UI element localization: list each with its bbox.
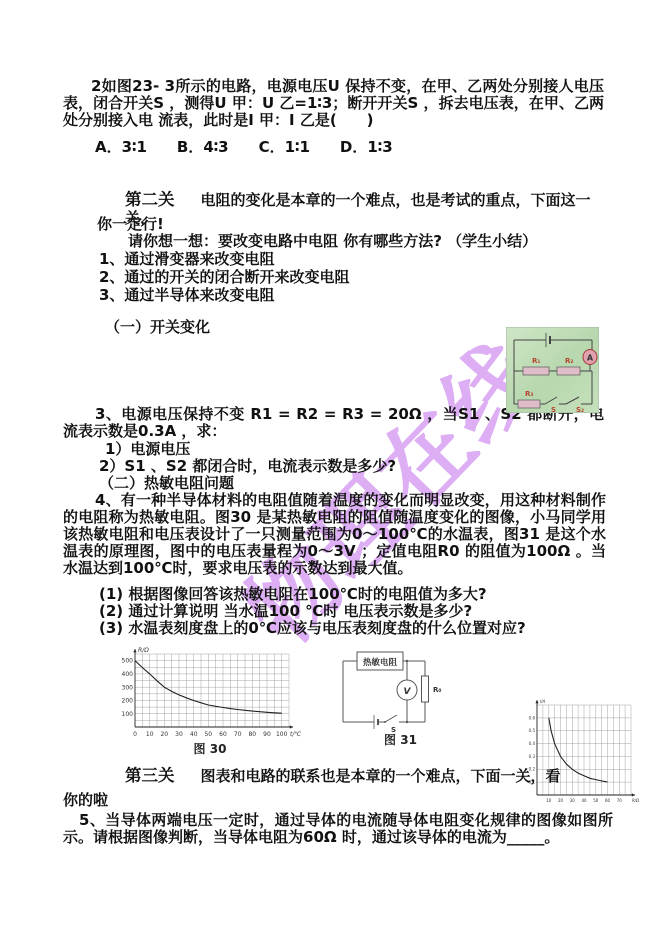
section2-think: 请你想一想：要改变电路中电阻 你有哪些方法? （学生小结）	[128, 233, 537, 250]
s-label: S	[551, 406, 556, 413]
question-3-part-1: 1）电源电压	[105, 441, 190, 458]
section3-intro: 图表和电路的联系也是本章的一个难点，下面一关，看	[201, 767, 561, 785]
question-2-options: A．3∶1 B．4∶3 C．1∶1 D．1∶3	[95, 139, 393, 156]
section2-heading: 第二关电阻的变化是本章的一个难点，也是考试的重点，下面这一关，	[125, 191, 595, 227]
section3-title: 第三关	[125, 766, 175, 785]
svg-text:80: 80	[248, 731, 256, 738]
junction-dot	[406, 660, 408, 662]
subsection-2-title: （二）热敏电阻问题	[99, 475, 234, 492]
figure-31-caption: 图 31	[333, 731, 468, 748]
svg-text:50: 50	[204, 731, 212, 738]
voltmeter-label: V	[404, 687, 412, 697]
i-vs-r-figure: 102030405060700.10.20.30.40.50.6I/AR/Ω	[527, 697, 641, 813]
battery-icon	[371, 715, 385, 729]
svg-text:200: 200	[122, 698, 134, 705]
junction-dot	[384, 721, 386, 723]
r-vs-t-chart: 0102030405060708090100100200300400500R/Ω…	[115, 644, 305, 741]
svg-text:30: 30	[175, 731, 183, 738]
r1-label: R₁	[532, 357, 540, 365]
svg-text:0.4: 0.4	[529, 741, 536, 746]
method-item-2: 2、通过的开关的闭合断开来改变电阻	[99, 269, 349, 286]
svg-text:30: 30	[570, 798, 576, 803]
svg-text:40: 40	[190, 731, 198, 738]
svg-text:R/Ω: R/Ω	[632, 798, 640, 803]
svg-text:I/A: I/A	[540, 699, 546, 704]
svg-text:t/℃: t/℃	[290, 731, 301, 738]
thermistor-label: 热敏电阻	[363, 657, 398, 668]
section3-heading: 第三关图表和电路的联系也是本章的一个难点，下面一关，看	[125, 767, 595, 785]
question-5-text: 5、当导体两端电压一定时，通过导体的电流随导体电阻变化规律的图像如图所示。请根据…	[63, 812, 613, 846]
resistor-r1	[523, 367, 549, 375]
circuit-image-q3: A R₁ R₂ R₃ S S₂	[506, 327, 599, 417]
svg-text:100: 100	[122, 711, 134, 718]
section2-intro-cont: 你一定行!	[97, 216, 164, 233]
resistor-r0	[422, 676, 429, 702]
svg-text:20: 20	[160, 731, 168, 738]
svg-text:20: 20	[558, 798, 564, 803]
svg-text:70: 70	[617, 798, 623, 803]
section2-title: 第二关	[125, 190, 175, 209]
svg-text:60: 60	[605, 798, 611, 803]
s2-label: S₂	[576, 406, 584, 413]
resistor-r2	[557, 367, 580, 375]
figure-30-caption: 图 30	[115, 740, 305, 757]
r2-label: R₂	[565, 357, 573, 365]
svg-text:40: 40	[581, 798, 587, 803]
figure-31: 热敏电阻 V R₀ S	[333, 646, 468, 742]
svg-text:50: 50	[593, 798, 599, 803]
section3-intro-cont: 你的啦	[63, 792, 108, 809]
svg-text:10: 10	[546, 798, 552, 803]
thermistor-circuit-diagram: 热敏电阻 V R₀ S	[333, 646, 468, 738]
svg-text:0.5: 0.5	[529, 728, 536, 733]
svg-text:60: 60	[219, 731, 227, 738]
svg-text:0: 0	[133, 731, 137, 738]
ammeter-icon: A	[583, 350, 597, 365]
figure-30: 0102030405060708090100100200300400500R/Ω…	[115, 644, 305, 745]
question-4-text: 4、有一种半导体材料的电阻值随着温度的变化而明显改变，用这种材料制作的电阻称为热…	[63, 492, 606, 577]
svg-text:500: 500	[122, 658, 134, 665]
svg-text:10: 10	[146, 731, 154, 738]
worksheet-page: 物理在线 2如图23- 3所示的电路，电源电压U 保持不变，在甲、乙两处分别接人…	[0, 0, 661, 935]
r0-label: R₀	[433, 686, 441, 694]
svg-text:0.6: 0.6	[529, 715, 536, 720]
svg-text:R/Ω: R/Ω	[138, 647, 149, 654]
svg-text:0.3: 0.3	[529, 754, 536, 759]
svg-text:90: 90	[263, 731, 271, 738]
question-2-text: 2如图23- 3所示的电路，电源电压U 保持不变，在甲、乙两处分别接人电压表，闭…	[63, 78, 604, 129]
circuit-q3-diagram: A R₁ R₂ R₃ S S₂	[506, 327, 599, 413]
svg-text:100: 100	[276, 731, 288, 738]
question-4-part-3: (3) 水温表刻度盘上的0℃应该与电压表刻度盘的什么位置对应?	[99, 620, 526, 637]
switch-s-icon	[385, 715, 397, 722]
question-4-part-1: (1) 根据图像回答该热敏电阻在100℃时的电阻值为多大?	[99, 586, 487, 603]
i-vs-r-chart: 102030405060700.10.20.30.40.50.6I/AR/Ω	[527, 697, 641, 809]
resistor-r3	[518, 400, 540, 408]
method-item-1: 1、通过滑变器来改变电阻	[99, 251, 274, 268]
section2-intro: 电阻的变化是本章的一个难点，也是考试的重点，下面这一关，	[125, 191, 591, 227]
r3-label: R₃	[525, 390, 533, 398]
ammeter-label: A	[587, 354, 594, 363]
question-3-part-2: 2）S1 、S2 都闭合时，电流表示数是多少?	[99, 458, 396, 475]
method-item-3: 3、通过半导体来改变电阻	[99, 287, 274, 304]
subsection-1-title: （一）开关变化	[105, 319, 210, 336]
svg-text:70: 70	[234, 731, 242, 738]
svg-text:400: 400	[122, 671, 134, 678]
svg-text:300: 300	[122, 684, 134, 691]
question-4-part-2: (2) 通过计算说明 当水温100 ℃时 电压表示数是多少?	[99, 603, 472, 620]
